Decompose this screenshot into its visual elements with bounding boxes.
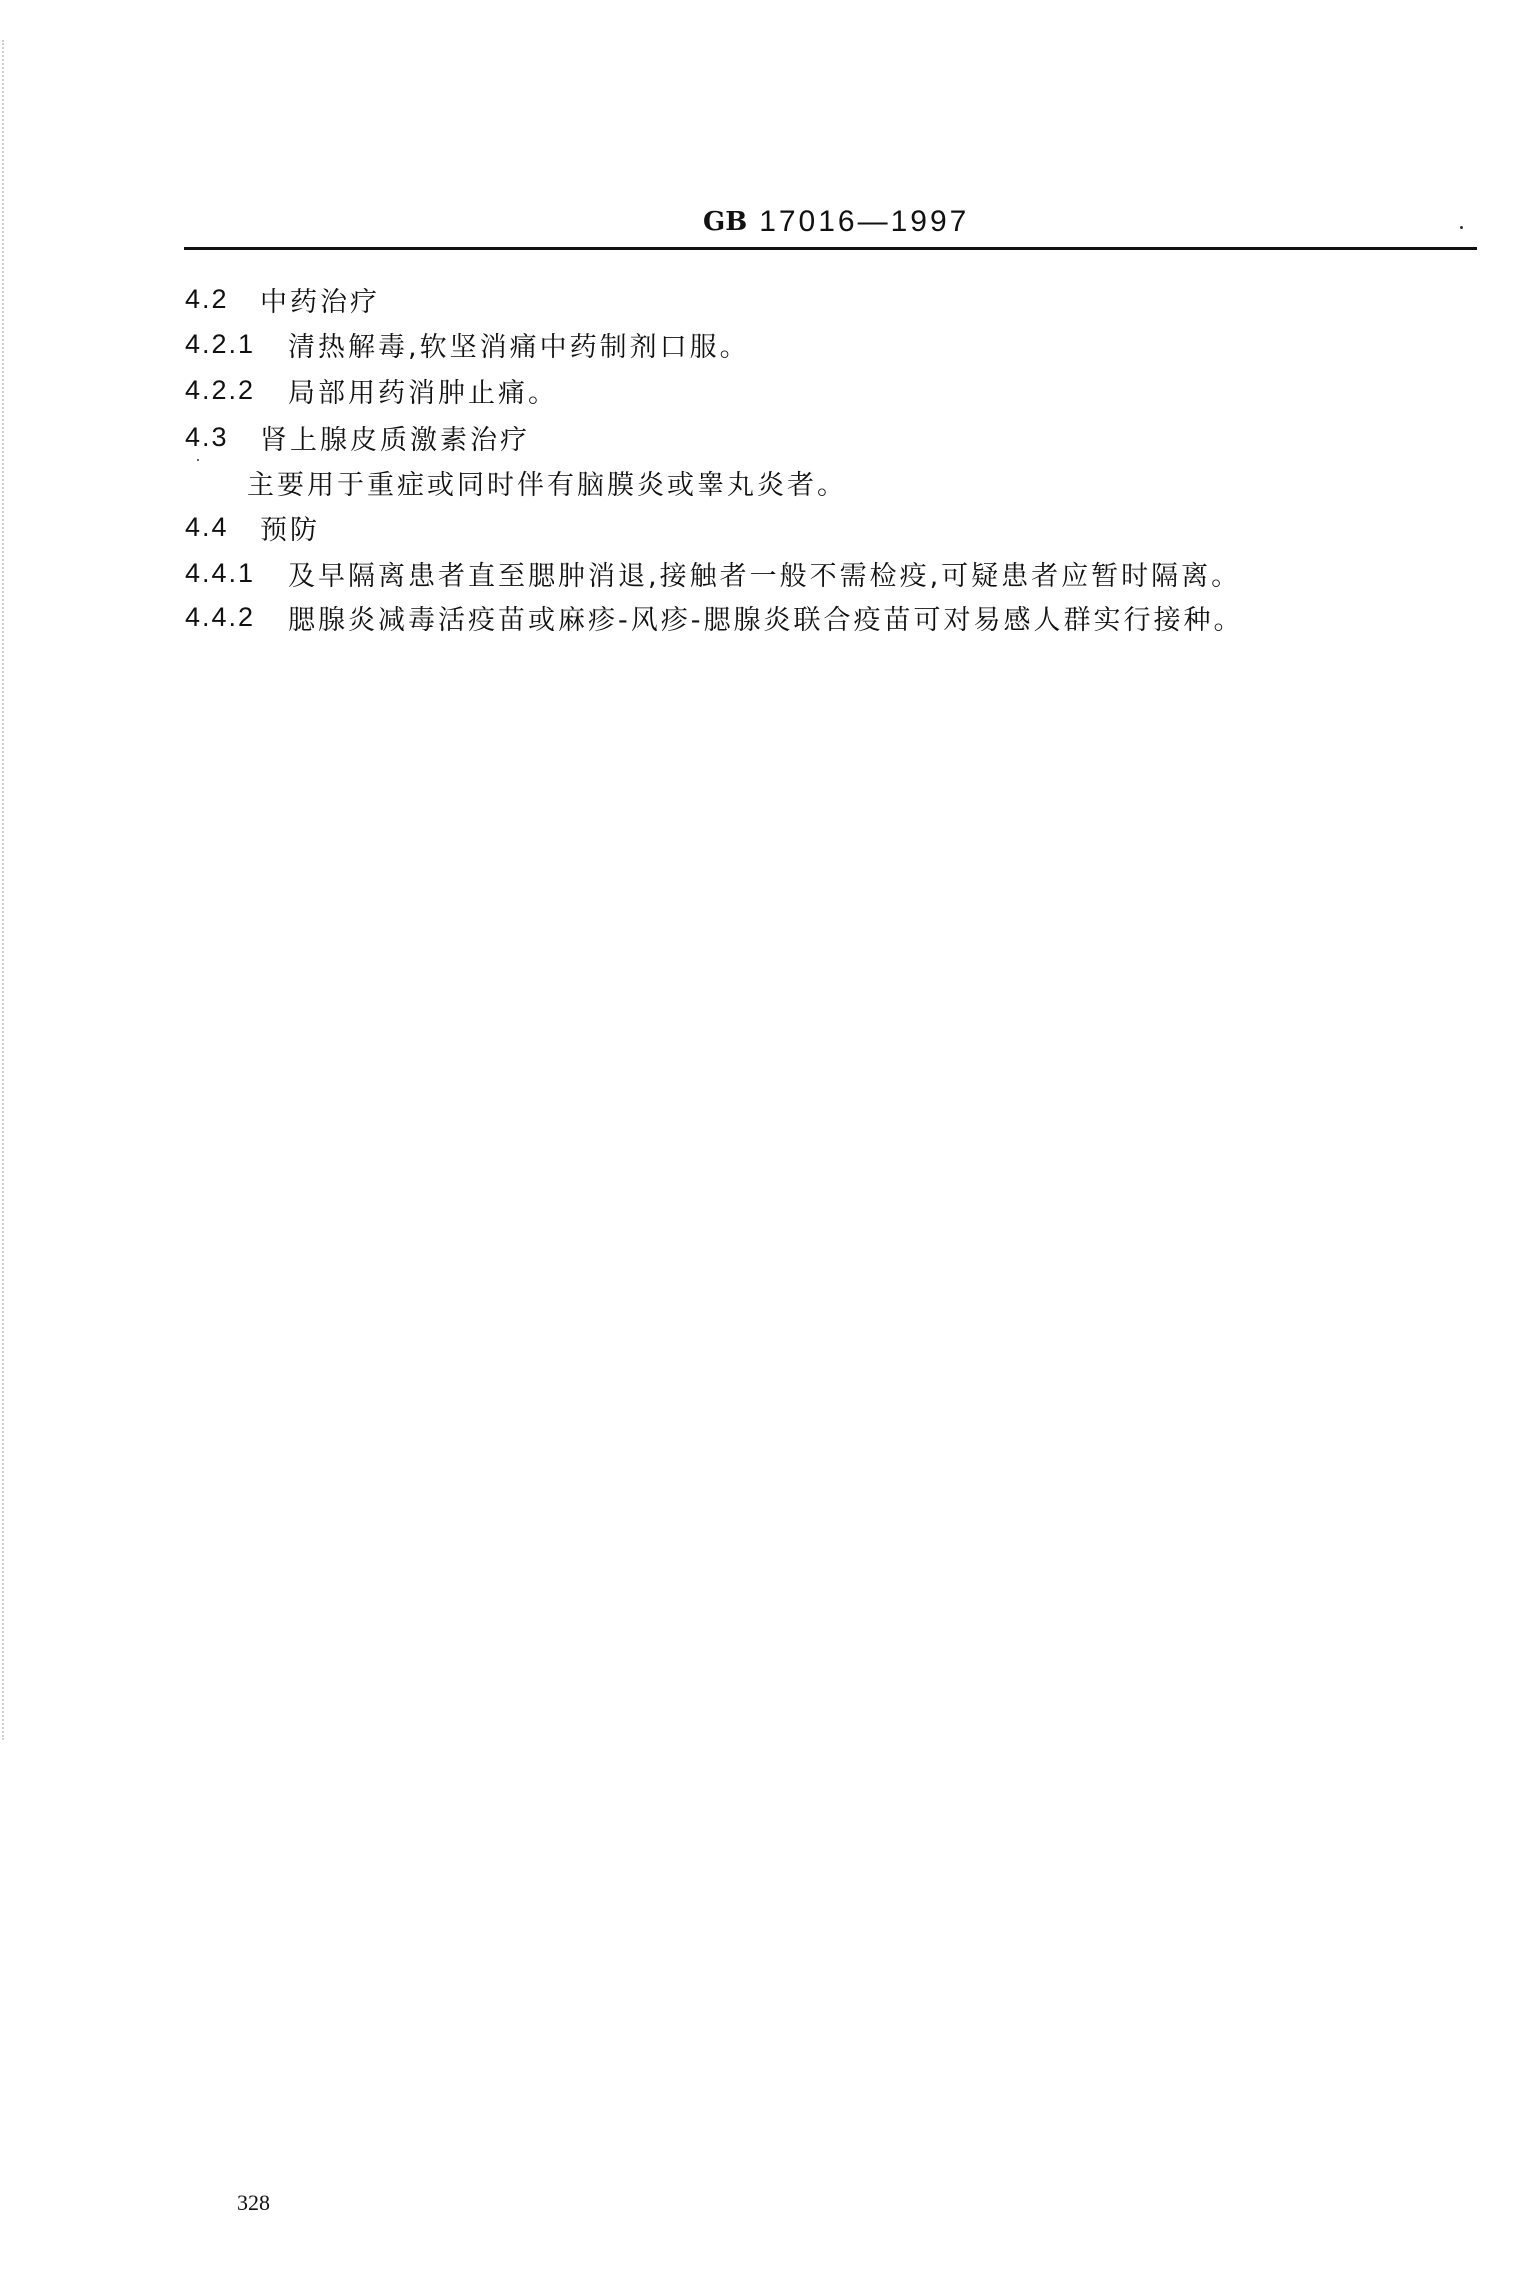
clause-text: 腮腺炎减毒活疫苗或麻疹-风疹-腮腺炎联合疫苗可对易感人群实行接种。 <box>288 598 1243 637</box>
clause-4-2-2: 4.2.2 局部用药消肿止痛。 <box>185 371 558 409</box>
section-number: 4.3 <box>185 422 260 453</box>
paragraph-4-3: 主要用于重症或同时伴有脑膜炎或睾丸炎者。 <box>247 463 847 501</box>
section-number: 4.4 <box>185 512 260 543</box>
clause-number: 4.4.2 <box>185 602 288 633</box>
section-4-2-heading: 4.2 中药治疗 <box>185 280 380 318</box>
clause-text: 清热解毒,软坚消痛中药制剂口服。 <box>288 325 750 364</box>
standard-prefix: GB <box>703 207 747 237</box>
section-title: 肾上腺皮质激素治疗 <box>260 418 530 457</box>
paragraph-text: 主要用于重症或同时伴有脑膜炎或睾丸炎者。 <box>247 463 847 502</box>
header-rule <box>184 247 1477 250</box>
scan-dot <box>1460 226 1463 229</box>
section-4-4-heading: 4.4 预防 <box>185 508 320 546</box>
clause-number: 4.4.1 <box>185 558 288 589</box>
standard-number: 17016—1997 <box>759 205 969 239</box>
clause-text: 局部用药消肿止痛。 <box>288 371 558 410</box>
clause-4-4-2: 4.4.2 腮腺炎减毒活疫苗或麻疹-风疹-腮腺炎联合疫苗可对易感人群实行接种。 <box>185 598 1243 636</box>
page-number: 328 <box>237 2190 270 2216</box>
clause-4-2-1: 4.2.1 清热解毒,软坚消痛中药制剂口服。 <box>185 325 750 363</box>
running-header: GB 17016—1997 <box>703 204 969 240</box>
section-title: 预防 <box>260 508 320 547</box>
section-4-3-heading: 4.3 肾上腺皮质激素治疗 <box>185 418 530 456</box>
scan-edge-artifact <box>2 40 6 1740</box>
section-title: 中药治疗 <box>260 280 380 319</box>
clause-number: 4.2.1 <box>185 329 288 360</box>
clause-4-4-1: 4.4.1 及早隔离患者直至腮肿消退,接触者一般不需检疫,可疑患者应暂时隔离。 <box>185 554 1241 592</box>
clause-text: 及早隔离患者直至腮肿消退,接触者一般不需检疫,可疑患者应暂时隔离。 <box>288 554 1241 593</box>
clause-number: 4.2.2 <box>185 375 288 406</box>
section-number: 4.2 <box>185 284 260 315</box>
scan-dot <box>197 459 199 461</box>
